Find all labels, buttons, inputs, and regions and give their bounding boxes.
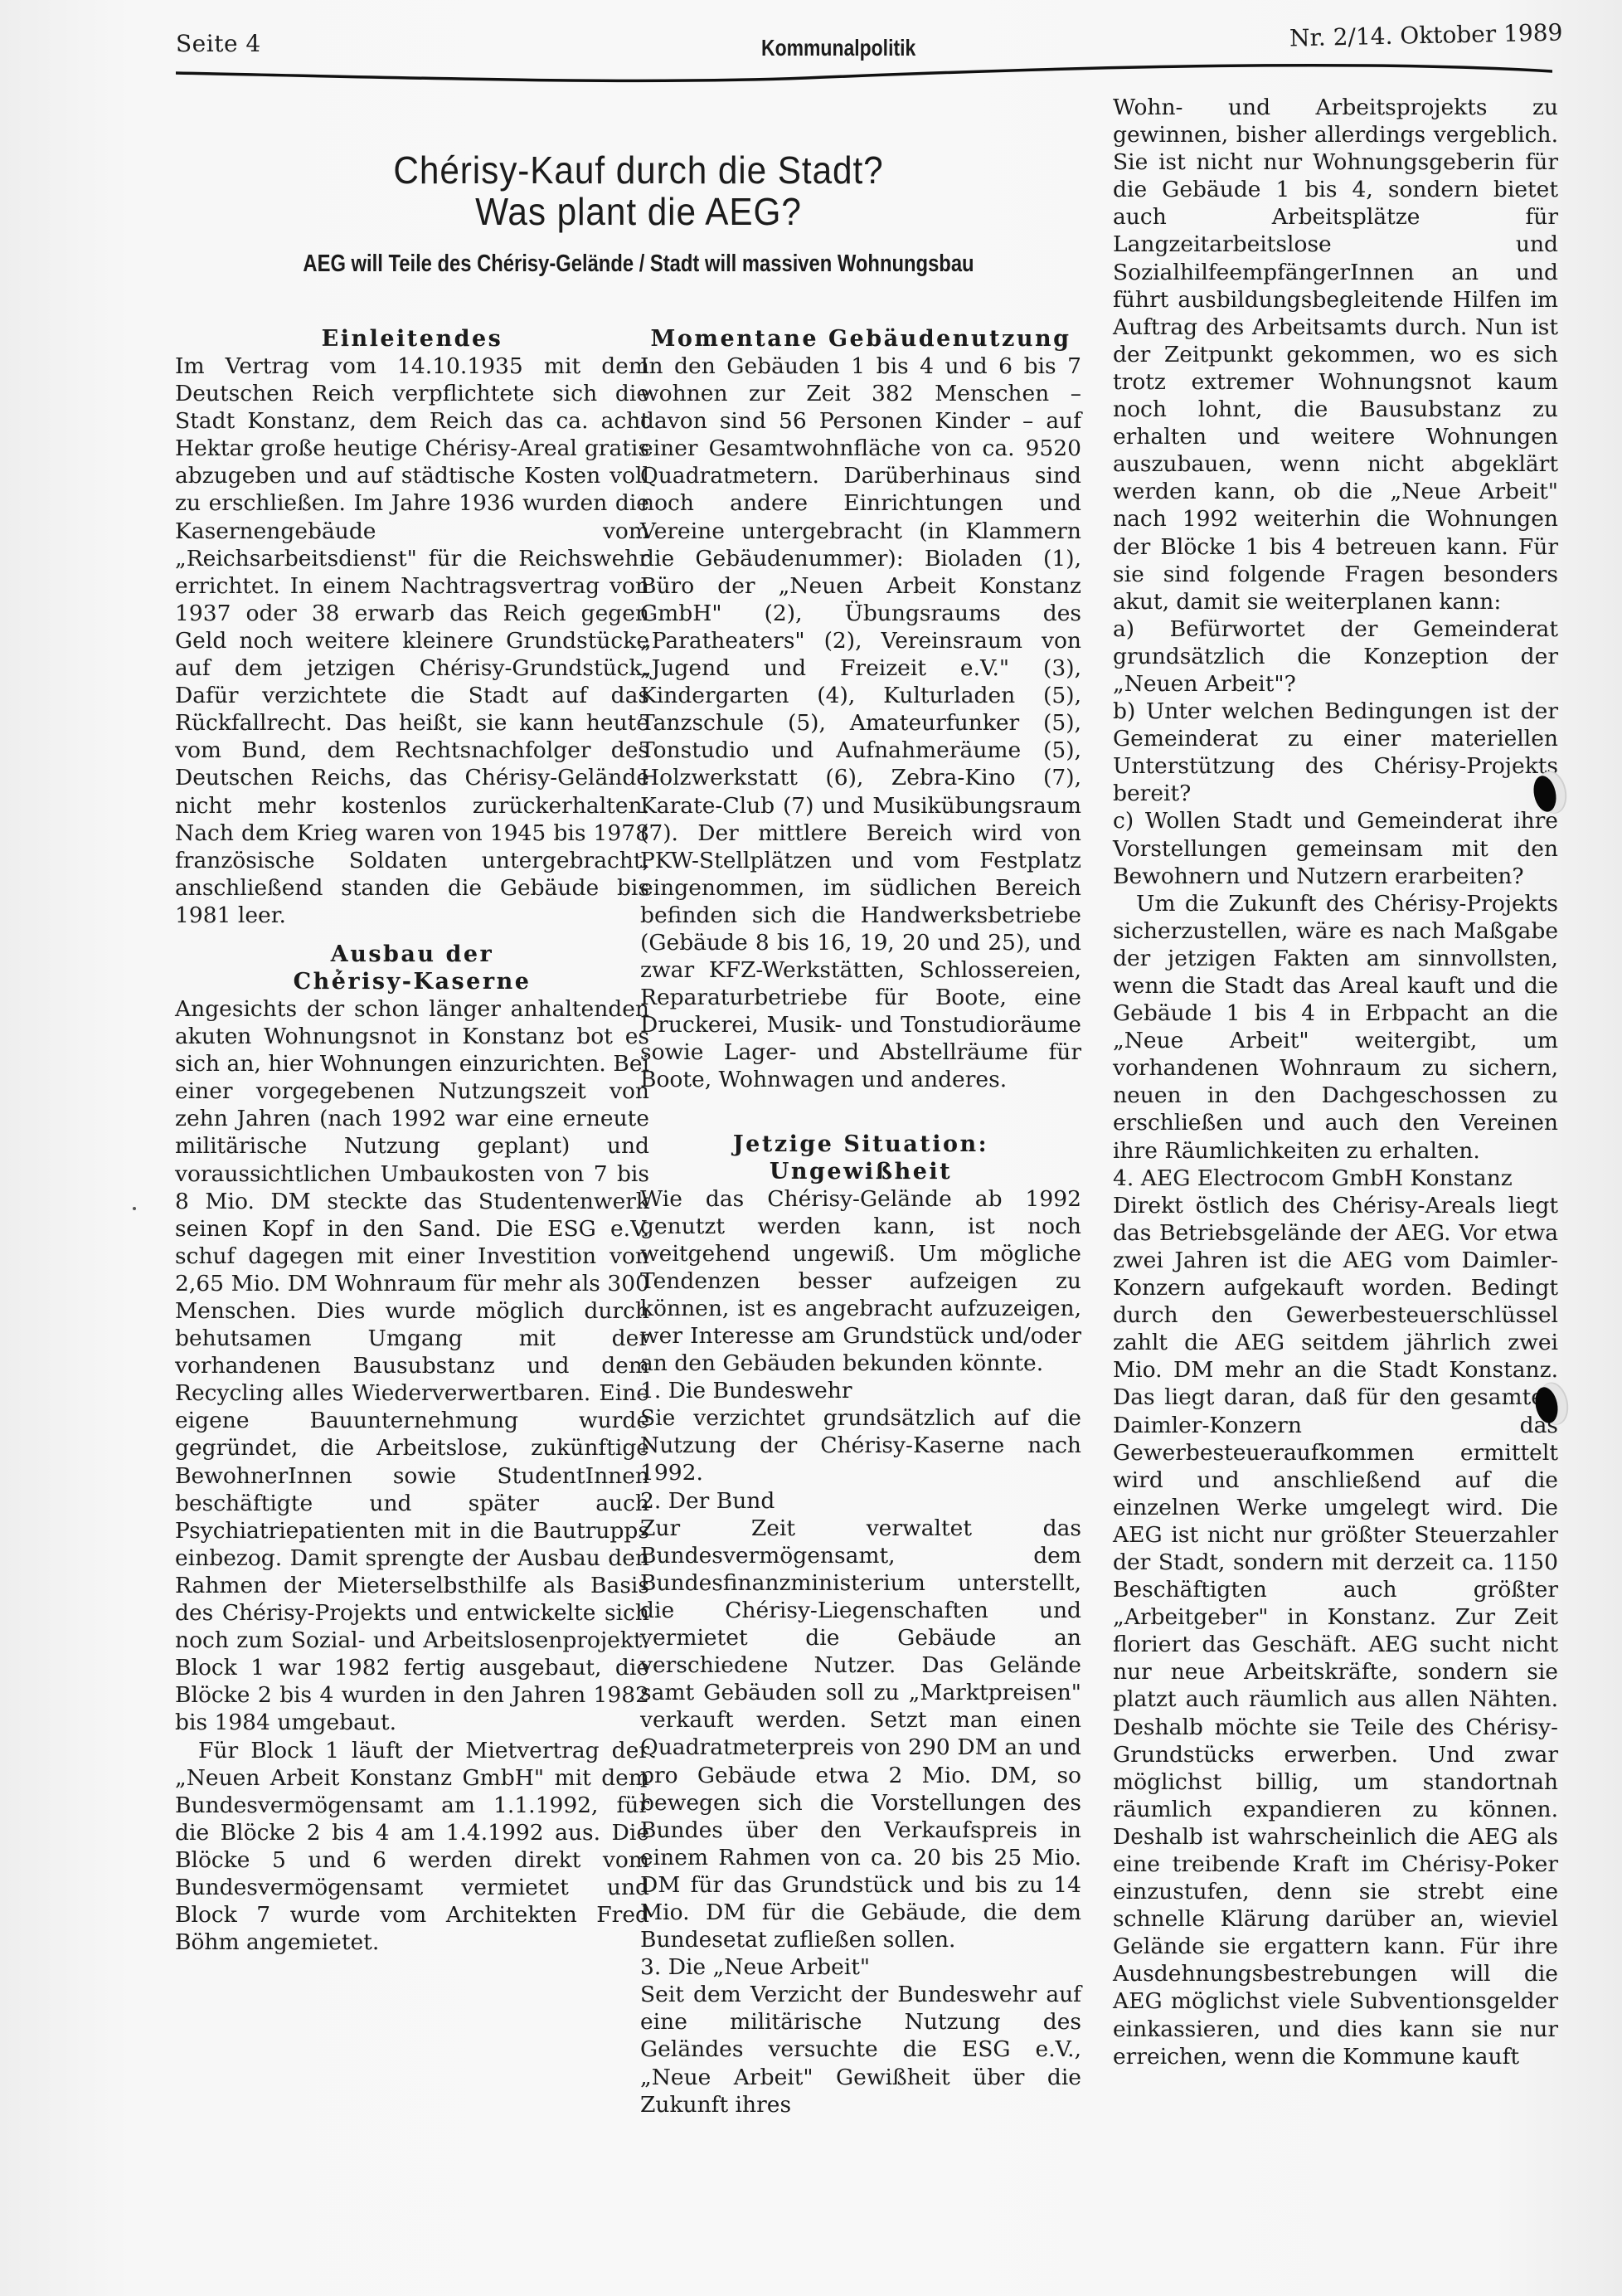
article-headline: Chérisy-Kauf durch die Stadt? Was plant … [199, 149, 1078, 278]
column-1: Einleitendes Im Vertrag vom 14.10.1935 m… [175, 325, 649, 1956]
issue-date: Nr. 2/14. Oktober 1989 [1289, 19, 1563, 52]
list-item-title: 2. Der Bund [640, 1487, 1081, 1515]
paragraph: Direkt östlich des Chérisy-Areals liegt … [1113, 1192, 1558, 2070]
header-rule [176, 60, 1552, 93]
list-item-title: 4. AEG Electrocom GmbH Konstanz [1113, 1165, 1558, 1192]
paragraph: Zur Zeit verwaltet das Bundesvermögensam… [640, 1515, 1081, 1954]
section-heading-einleitendes: Einleitendes [175, 325, 649, 353]
paragraph: Um die Zukunft des Chérisy-Projekts sich… [1113, 890, 1558, 1165]
question-a: a) Befürwortet der Gemeinderat grundsätz… [1113, 615, 1558, 698]
paragraph: In den Gebäuden 1 bis 4 und 6 bis 7 wohn… [640, 353, 1081, 1094]
headline-line-1: Chérisy-Kauf durch die Stadt? [234, 149, 1042, 191]
section-title: Kommunalpolitik [761, 35, 915, 61]
paragraph: Sie verzichtet grundsätzlich auf die Nut… [640, 1404, 1081, 1486]
page-number: Seite 4 [176, 30, 261, 57]
heading-line: Ausbau der [331, 941, 493, 967]
headline-subtitle: AEG will Teile des Chérisy-Gelände / Sta… [278, 251, 998, 278]
newspaper-page: Seite 4 Kommunalpolitik Nr. 2/14. Oktobe… [0, 0, 1622, 2296]
paragraph: Wie das Chérisy-Gelände ab 1992 genutzt … [640, 1185, 1081, 1378]
heading-line: Jetzige Situation: [733, 1131, 988, 1157]
list-item-title: 1. Die Bundeswehr [640, 1377, 1081, 1404]
section-heading-gebaeudenutzung: Momentane Gebäudenutzung [640, 325, 1081, 353]
paragraph: Seit dem Verzicht der Bundeswehr auf ein… [640, 1981, 1081, 2118]
paragraph: Für Block 1 läuft der Mietvertrag der „N… [175, 1737, 649, 1957]
column-2: Momentane Gebäudenutzung In den Gebäuden… [640, 325, 1081, 2118]
question-c: c) Wollen Stadt und Gemeinderat ihre Vor… [1113, 807, 1558, 889]
list-item-title: 3. Die „Neue Arbeit" [640, 1953, 1081, 1981]
headline-line-2: Was plant die AEG? [234, 191, 1042, 232]
speck [336, 969, 339, 972]
heading-line: Ungewißheit [770, 1159, 952, 1184]
paragraph: Wohn- und Arbeitsprojekts zu gewinnen, b… [1113, 94, 1558, 615]
heading-line: Chérisy-Kaserne [294, 969, 532, 995]
question-b: b) Unter welchen Bedingungen ist der Gem… [1113, 698, 1558, 807]
paragraph: Angesichts der schon länger anhaltenden … [175, 995, 649, 1737]
speck [133, 1207, 136, 1210]
paragraph: Im Vertrag vom 14.10.1935 mit dem Deutsc… [175, 353, 649, 929]
column-3: Wohn- und Arbeitsprojekts zu gewinnen, b… [1113, 94, 1558, 2070]
section-heading-situation: Jetzige Situation: Ungewißheit [640, 1131, 1081, 1185]
section-heading-ausbau: Ausbau der Chérisy-Kaserne [175, 941, 649, 995]
